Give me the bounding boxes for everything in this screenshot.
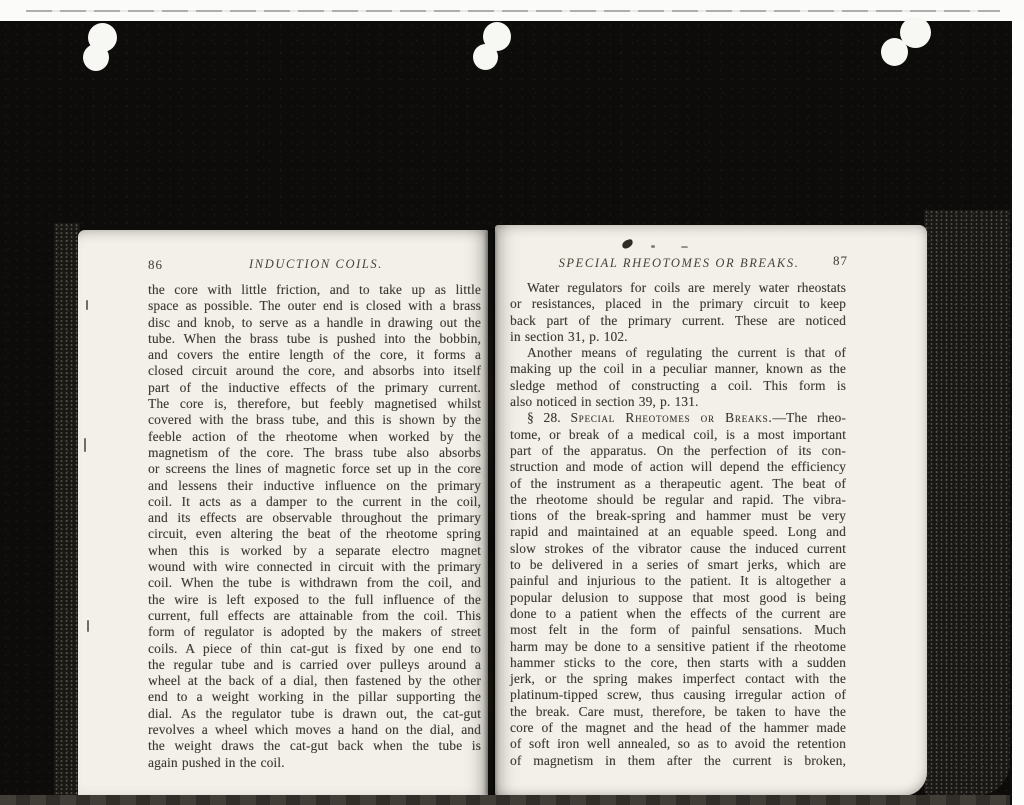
text-line: magnetism of the core. The brass tube al… <box>148 445 481 461</box>
text-line: when this is worked by a separate electr… <box>148 543 481 559</box>
page-number-right: 87 <box>833 253 848 269</box>
text-line: of the instrument as a therapeutic agent… <box>510 476 846 492</box>
text-line: also noticed in section 39, p. 131. <box>510 394 846 410</box>
text-line: § 28. Special Rheotomes or Breaks.—The r… <box>510 410 846 426</box>
scan-artifact-line <box>26 10 1000 12</box>
text-line: tions of the break-spring and hammer mus… <box>510 508 846 524</box>
text-line: wound with wire connected in circuit wit… <box>148 559 481 575</box>
page-text-left: the core with little friction, and to ta… <box>148 282 481 771</box>
text-line: the wire is left exposed to the full inf… <box>148 592 481 608</box>
book-edge-left <box>54 223 80 796</box>
ink-smudge-dot <box>651 245 655 248</box>
text-line: or resistances, placed in the primary ci… <box>510 296 846 312</box>
text-line: platinum-tipped screw, thus causing irre… <box>510 687 846 703</box>
page-header-left: 86 INDUCTION COILS. <box>148 257 480 273</box>
text-line: form of regulator is adopted by the make… <box>148 624 481 640</box>
text-segment: § 28. <box>527 410 570 425</box>
text-line: dial. As the regulator tube is drawn out… <box>148 706 481 722</box>
text-line: jerk, or the spring makes imperfect cont… <box>510 671 846 687</box>
text-line: tome, or break of a medical coil, is a m… <box>510 427 846 443</box>
text-line: or screens the lines of magnetic force s… <box>148 461 481 477</box>
text-line: current, full effects are attainable fro… <box>148 608 481 624</box>
running-head-right: SPECIAL RHEOTOMES OR BREAKS. <box>512 256 846 271</box>
scan-noise-tick <box>86 300 88 310</box>
text-line: of magnetism in them after the current i… <box>510 753 846 769</box>
text-line: the break. Care must, therefore, be take… <box>510 704 846 720</box>
page-text-right: Water regulators for coils are merely wa… <box>510 280 846 769</box>
text-line: space as possible. The outer end is clos… <box>148 298 481 314</box>
text-line: and its effects are observable throughou… <box>148 510 481 526</box>
scan-noise-tick <box>84 438 86 452</box>
book-gutter <box>488 231 493 796</box>
text-line: to be delivered in a series of smart jer… <box>510 557 846 573</box>
text-line: in section 31, p. 102. <box>510 329 846 345</box>
text-line: rapid and maintained at an equable speed… <box>510 524 846 540</box>
book-edge-right <box>924 210 1010 796</box>
text-line: of soft iron well annealed, so as to avo… <box>510 736 846 752</box>
scan-noise-tick <box>87 620 89 632</box>
text-line: Another means of regulating the current … <box>510 345 846 361</box>
punch-hole-middle-bottom <box>473 44 498 70</box>
text-line: end to a weight working in the pillar su… <box>148 689 481 705</box>
text-line: most felt in the form of painful sensati… <box>510 622 846 638</box>
text-line: again pushed in the coil. <box>148 755 481 771</box>
text-line: core of the magnet and the head of the h… <box>510 720 846 736</box>
text-line: covered with the brass tube, and this is… <box>148 412 481 428</box>
text-line: hammer sticks to the core, then starts w… <box>510 655 846 671</box>
text-line: tube. When the brass tube is pushed into… <box>148 331 481 347</box>
text-line: sledge method of constructing a coil. Th… <box>510 378 846 394</box>
text-line: feeble action of the rheotome when worke… <box>148 429 481 445</box>
text-line: the weight draws the cat-gut back when t… <box>148 738 481 754</box>
text-line: harm may be done to a sensitive patient … <box>510 639 846 655</box>
ink-smudge-dot <box>681 246 688 248</box>
text-line: part of the inductive effects of the pri… <box>148 380 481 396</box>
book-page-left: 86 INDUCTION COILS. the core with little… <box>78 230 488 796</box>
text-line: slow strokes of the vibrator cause the i… <box>510 541 846 557</box>
text-line: the core with little friction, and to ta… <box>148 282 481 298</box>
text-line: the regular tube and is carried over pul… <box>148 657 481 673</box>
text-line: The core is, therefore, but feebly magne… <box>148 396 481 412</box>
text-line: struction and mode of action will depend… <box>510 459 846 475</box>
text-line: revolves a wheel which moves a hand on t… <box>148 722 481 738</box>
text-line: part of the apparatus. On the perfection… <box>510 443 846 459</box>
page-header-right: SPECIAL RHEOTOMES OR BREAKS. 87 <box>512 256 846 272</box>
text-line: making up the coil in a peculiar manner,… <box>510 361 846 377</box>
scan-bottom-strip <box>0 795 1010 805</box>
text-line: the rheotome should be regular and rapid… <box>510 492 846 508</box>
text-line: coils. A piece of thin cat-gut is fixed … <box>148 641 481 657</box>
text-line: back part of the primary current. These … <box>510 313 846 329</box>
text-line: done to a patient when the effects of th… <box>510 606 846 622</box>
scan-top-margin <box>0 0 1024 21</box>
punch-hole-left-bottom <box>83 44 109 71</box>
page-number-left: 86 <box>148 257 163 273</box>
text-line: wheel at the back of a dial, then fasten… <box>148 673 481 689</box>
text-line: closed circuit around the core, and abso… <box>148 363 481 379</box>
punch-hole-right-bottom <box>881 38 908 66</box>
running-head-left: INDUCTION COILS. <box>148 257 480 272</box>
text-line: coil. When the tube is withdrawn from th… <box>148 575 481 591</box>
text-line: disc and knob, to serve as a handle in d… <box>148 315 481 331</box>
text-line: popular delusion to suppose that most go… <box>510 590 846 606</box>
scanned-book-spread: 86 INDUCTION COILS. the core with little… <box>0 0 1024 805</box>
text-line: and lessens their inductive influence on… <box>148 478 481 494</box>
text-line: painful and injurious to the patient. It… <box>510 573 846 589</box>
text-line: Water regulators for coils are merely wa… <box>510 280 846 296</box>
text-line: and covers the entire length of the core… <box>148 347 481 363</box>
small-caps-heading: Special Rheotomes or Breaks. <box>570 410 772 425</box>
text-segment: —The rheo- <box>772 410 846 425</box>
text-line: circuit, even altering the beat of the r… <box>148 526 481 542</box>
book-page-right: SPECIAL RHEOTOMES OR BREAKS. 87 Water re… <box>495 225 927 796</box>
text-line: coil. It acts as a damper to the current… <box>148 494 481 510</box>
